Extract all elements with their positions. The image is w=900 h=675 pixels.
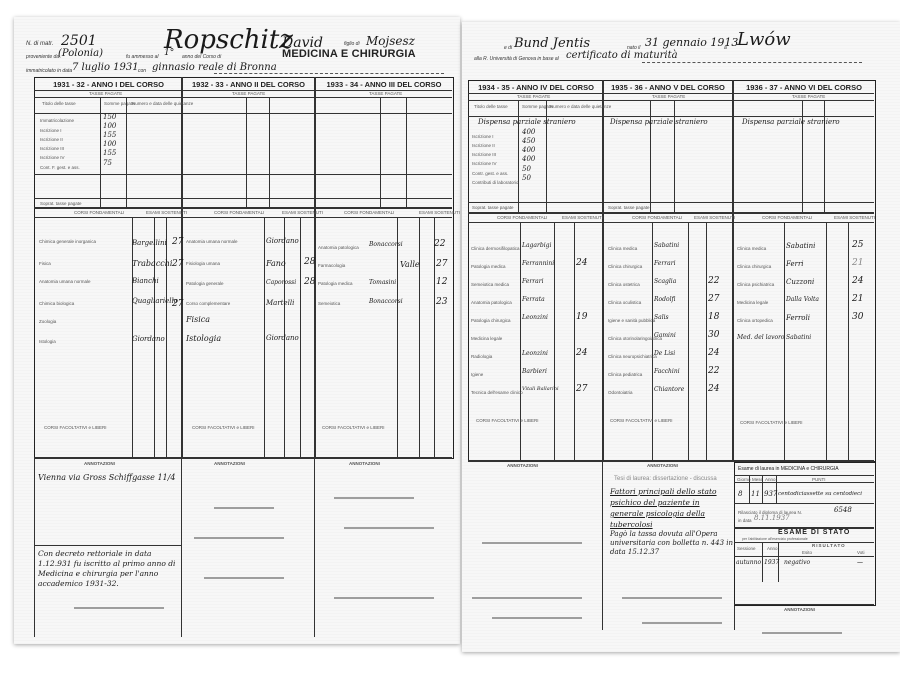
subject-name: Radiologia [471, 354, 492, 359]
subject-name: Semeiotica medica [471, 282, 509, 287]
degree-month: 11 [751, 490, 760, 498]
subject-grade: 24 [576, 258, 587, 268]
subject-professor: Leonzini [522, 314, 548, 321]
subject-name: Anatomia patologica [471, 300, 512, 305]
subject-grade: 27 [708, 294, 719, 304]
fee-row-label: Iscrizione I [472, 134, 494, 139]
subject-professor: Valle [400, 260, 420, 269]
state-col-session: Sessione [737, 546, 756, 551]
fee-row-label: Contr. gest. e ass. [472, 171, 508, 176]
subject-professor: Sabatini [786, 334, 811, 341]
fees-label-1: TASSE PAGATE [89, 91, 122, 96]
subject-professor: Rodolfi [654, 296, 676, 303]
subject-professor: Cuzzoni [786, 278, 814, 286]
year-1-title: 1931 - 32 - ANNO I DEL CORSO [36, 80, 181, 89]
subject-name: Igiene [471, 372, 483, 377]
exams-header: ESAMI SOSTENUTI [146, 210, 187, 215]
fee-row-amount: 400 [522, 146, 535, 154]
subject-professor: Ferrata [522, 296, 545, 303]
student-surname: Ropschitz [164, 25, 293, 55]
subjects-header: CORSI FONDAMENTALI [632, 215, 682, 220]
subject-grade: 23 [436, 297, 447, 307]
subject-name: Clinica chirurgica [737, 264, 771, 269]
subjects-header: CORSI FONDAMENTALI [497, 215, 547, 220]
subject-name: Clinica chirurgica [608, 264, 642, 269]
left-page: N. di matr. 2501 Ropschitz David figlio … [14, 17, 460, 644]
subject-name: Zoologia [39, 319, 56, 324]
total-label: Soprat. tasse pagate [608, 205, 650, 210]
subject-name: Medicina legale [471, 336, 502, 341]
subject-name: Odontoiatria [608, 390, 633, 395]
subject-grade: 12 [436, 277, 447, 287]
subject-professor: Giordano [266, 334, 299, 342]
thesis-note: Tesi di laurea: dissertazione - discussa [614, 476, 717, 482]
fee-row-label: Contributi di laboratorio [472, 180, 519, 185]
annotation-address: Vienna via Gross Schiffgasse 11/4 [38, 473, 178, 483]
degree-year: 937 [764, 490, 777, 498]
provenance-label: proveniente da [26, 54, 59, 60]
subject-grade: 27 [172, 237, 183, 247]
subject-professor: Fano [266, 259, 286, 268]
fee-row-label: Iscrizione III [40, 146, 64, 151]
subject-professor: Barbieri [522, 368, 547, 375]
state-col-year: Anno [767, 546, 778, 551]
state-exam-subtitle: per l'abilitazione all'esercizio profess… [742, 537, 808, 541]
fees-label-5: TASSE PAGATE [652, 94, 685, 99]
subject-name: Med. del lavoro [737, 334, 785, 341]
subject-grade: 24 [852, 276, 863, 286]
state-session: autunno [736, 559, 761, 566]
subject-name: Patologia medica [318, 281, 353, 286]
subject-grade: 24 [708, 384, 719, 394]
fee-row-amount: 400 [522, 128, 535, 136]
year-5-title: 1935 - 36 - ANNO V DEL CORSO [604, 83, 732, 92]
fee-row-label: Iscrizione III [472, 152, 496, 157]
fee-row-label: Iscrizione II [40, 137, 63, 142]
subject-name: Clinica medica [608, 246, 637, 251]
subject-professor: Bargellini [132, 239, 167, 247]
father-name: Mojsesz [366, 34, 415, 48]
subject-professor: Facchini [654, 368, 680, 375]
fee-row-amount: 75 [103, 159, 112, 167]
mother-label: e di [504, 45, 512, 51]
subject-name: Clinica dermosifilopatica [471, 246, 520, 251]
subject-name: Clinica medica [737, 246, 766, 251]
subjects-header: CORSI FONDAMENTALI [344, 210, 394, 215]
subject-professor: Bonaccorsi [369, 298, 403, 305]
subject-name: Clinica neuropsichiatrica [608, 354, 657, 359]
fees-label-2: TASSE PAGATE [232, 91, 265, 96]
state-col-outcome: Esito [802, 550, 812, 555]
subject-grade: 30 [708, 330, 719, 340]
annotations-label: ANNOTAZIONI [349, 461, 380, 466]
birth-place-label: a [724, 45, 727, 51]
annotations-label: ANNOTAZIONI [214, 461, 245, 466]
subject-grade: 25 [852, 240, 863, 250]
fee-row-amount: 450 [522, 137, 535, 145]
subject-professor: Lagarbigi [522, 242, 551, 249]
subject-professor: Ferrari [522, 278, 544, 285]
year-4-title: 1934 - 35 - ANNO IV DEL CORSO [470, 83, 602, 92]
subject-grade: 27 [436, 259, 447, 269]
subject-name: Patologia medica [471, 264, 506, 269]
father-label: figlio di [344, 41, 360, 47]
fee-col-receipt: Numero e data delle quietanze [550, 104, 611, 109]
exams-header: ESAMI SOSTENUTI [419, 210, 460, 215]
matricola-label: N. di matr. [26, 41, 53, 47]
fee-row-label: Iscrizione I [40, 128, 62, 133]
optional-course-label: CORSI FACOLTATIVI e LIBERI [44, 425, 107, 430]
subject-professor: Scaglia [654, 278, 676, 285]
thesis-title: Fattori principali dello stato psichico … [610, 486, 734, 530]
fee-note: Dispensa parziale straniero [478, 118, 576, 126]
subject-professor: Tomasini [369, 279, 396, 286]
subject-professor: Giordano [132, 335, 165, 343]
diploma: ginnasio reale di Bronna [152, 62, 277, 73]
diploma-date: 8.11.1937 [754, 514, 790, 522]
subject-professor: Sabatini [786, 242, 815, 250]
annotation-decree: Con decreto rettoriale in data 1.12.931 … [38, 549, 178, 589]
subject-name: Medicina legale [737, 300, 768, 305]
fees-label-4: TASSE PAGATE [517, 94, 550, 99]
year-3-title: 1933 - 34 - ANNO III DEL CORSO [316, 80, 452, 89]
state-votes: — [857, 559, 863, 566]
subjects-header: CORSI FONDAMENTALI [214, 210, 264, 215]
fee-row-amount: 155 [103, 149, 116, 157]
optional-course-label: CORSI FACOLTATIVI e LIBERI [610, 418, 673, 423]
subject-name: Tecnica dell'esame clinico [471, 390, 523, 395]
subject-name: Clinica psichiatrica [737, 282, 774, 287]
subject-professor: Caporossi [266, 279, 296, 286]
subjects-header: CORSI FONDAMENTALI [74, 210, 124, 215]
subject-grade: 28 [304, 257, 315, 267]
state-exam-title: ESAME DI STATO [778, 529, 850, 536]
subject-name: Semeiotica [318, 301, 340, 306]
year-of-course: 1° [164, 48, 174, 58]
year-6-title: 1936 - 37 - ANNO VI DEL CORSO [734, 83, 874, 92]
fee-row-label: Iscrizione II [472, 143, 495, 148]
fee-note: Dispensa parziale straniero [742, 118, 840, 126]
subject-professor: Vitali Ballarini [522, 386, 559, 392]
annotations-label: ANNOTAZIONI [647, 463, 678, 468]
subject-grade: 30 [852, 312, 863, 322]
course-label: anno del Corso di [182, 54, 221, 60]
fee-col-amount: Somme pagate [522, 104, 553, 109]
fee-row-label: Cont. F. gest. e ass. [40, 165, 80, 170]
subject-name: Igiene e sanità pubblica [608, 318, 655, 323]
fee-row-amount: 150 [103, 113, 116, 121]
subject-name: Chimica biologica [39, 301, 74, 306]
subject-professor: Leonzini [522, 350, 548, 357]
enrolled-label: fu ammesso al [126, 54, 159, 60]
fee-col-receipt: Numero e data delle quietanze [132, 101, 193, 106]
fee-row-label: Iscrizione IV [472, 161, 497, 166]
optional-course-label: CORSI FACOLTATIVI e LIBERI [476, 418, 539, 423]
degree-points: centodiciassette su centodieci [778, 491, 862, 497]
subject-grade: 21 [852, 258, 863, 268]
state-col-votes: Voti [857, 550, 865, 555]
fees-label-6: TASSE PAGATE [792, 94, 825, 99]
subject-grade: 27 [172, 299, 183, 309]
subject-name: Clinica ortopedica [737, 318, 773, 323]
subject-name: Clinica ostetrica [608, 282, 640, 287]
subject-name: Chimica generale inorganica [39, 239, 96, 244]
subject-professor: Giordano [266, 237, 299, 245]
subject-name: Farmacologia [318, 263, 345, 268]
fee-payment-note: Pagò la tassa dovuta all'Opera universit… [610, 530, 734, 557]
subject-professor: Ferrannini [522, 260, 554, 267]
subject-professor: Ferroli [786, 314, 810, 322]
exams-header: ESAMI SOSTENUTI [694, 215, 735, 220]
exams-header: ESAMI SOSTENUTI [834, 215, 875, 220]
fee-row-amount: 50 [522, 165, 531, 173]
degree-day: 8 [738, 490, 742, 498]
fee-col-amount: Somme pagate [104, 101, 135, 106]
subject-professor: Gamini [654, 332, 676, 339]
state-outcome: negativo [784, 559, 810, 566]
annotations-label: ANNOTAZIONI [84, 461, 115, 466]
subject-name: Istologia [186, 334, 221, 343]
subject-name: Patologia generale [186, 281, 224, 286]
subject-name: Anatomia patologica [318, 245, 359, 250]
annotations-label: ANNOTAZIONI [507, 463, 538, 468]
subject-grade: 22 [708, 276, 719, 286]
subject-grade: 28 [304, 277, 315, 287]
state-col-result: RISULTATO [812, 543, 846, 548]
subject-grade: 22 [708, 366, 719, 376]
annotations-bottom-label: ANNOTAZIONI [784, 607, 815, 612]
fee-col-title: Titolo delle tasse [474, 104, 508, 109]
subject-name: Fisica [39, 261, 51, 266]
subject-professor: Ferri [786, 260, 804, 268]
total-label: Soprat. tasse pagate [472, 205, 514, 210]
subject-grade: 18 [708, 312, 719, 322]
subject-name: Fisica [186, 315, 210, 324]
birth-place: Lwów [737, 29, 791, 50]
admission-document: certificato di maturità [566, 50, 678, 61]
subject-professor: Trabacchi [132, 259, 173, 268]
subject-grade: 27 [172, 259, 183, 269]
fee-row-amount: 50 [522, 174, 531, 182]
subjects-header: CORSI FONDAMENTALI [762, 215, 812, 220]
fee-col-title: Titolo delle tasse [42, 101, 76, 106]
fee-row-amount: 100 [103, 140, 116, 148]
fee-row-amount: 400 [522, 155, 535, 163]
fees-label-3: TASSE PAGATE [369, 91, 402, 96]
optional-course-label: CORSI FACOLTATIVI e LIBERI [322, 425, 385, 430]
fee-row-amount: 155 [103, 131, 116, 139]
degree-exam-title: Esame di laurea in MEDICINA e CHIRURGIA [738, 466, 839, 472]
subject-grade: 21 [852, 294, 863, 304]
total-label: Soprat. tasse pagate [40, 201, 82, 206]
subject-name: Anatomia umana normale [39, 279, 91, 284]
subject-grade: 27 [576, 384, 587, 394]
subject-professor: De Lisi [654, 350, 675, 357]
subject-name: Corso complementare [186, 301, 230, 306]
subject-name: Anatomia umana normale [186, 239, 238, 244]
subject-grade: 22 [434, 239, 445, 249]
immatriculation-date: 7 luglio 1931 [72, 62, 139, 73]
provenance: (Polonia) [58, 48, 103, 59]
diploma-label: con [138, 68, 146, 74]
mother-name: Bund Jentis [514, 36, 590, 51]
subject-name: Clinica pediatrica [608, 372, 642, 377]
state-year: 1937 [764, 559, 779, 566]
career-table-left [34, 77, 454, 459]
right-page: e di Bund Jentis nato il 31 gennaio 1913… [462, 22, 900, 652]
year-2-title: 1932 - 33 - ANNO II DEL CORSO [183, 80, 314, 89]
admission-label: alla R. Università di Genova in base al [474, 56, 559, 62]
subject-professor: Ferrari [654, 260, 676, 267]
subject-professor: Chiantore [654, 386, 684, 393]
fee-note: Dispensa parziale straniero [610, 118, 708, 126]
subject-professor: Sabatini [654, 242, 679, 249]
faculty-name: MEDICINA E CHIRURGIA [282, 48, 416, 60]
subject-name: Istologia [39, 339, 56, 344]
subject-professor: Bianchi [132, 277, 159, 285]
fee-row-label: Immatricolazione [40, 118, 74, 123]
optional-course-label: CORSI FACOLTATIVI e LIBERI [192, 425, 255, 430]
subject-professor: Bonaccorsi [369, 241, 403, 248]
subject-grade: 24 [708, 348, 719, 358]
exams-header: ESAMI SOSTENUTI [282, 210, 323, 215]
exams-header: ESAMI SOSTENUTI [562, 215, 603, 220]
matricola-number: 2501 [61, 33, 97, 49]
subject-name: Fisiologia umana [186, 261, 220, 266]
subject-name: Clinica oculistica [608, 300, 641, 305]
subject-professor: Martelli [266, 299, 294, 307]
subject-professor: Salis [654, 314, 669, 321]
date-label: immatricolato in data [26, 68, 72, 74]
fee-row-label: Iscrizione IV [40, 155, 65, 160]
fee-row-amount: 100 [103, 122, 116, 130]
diploma-date-label: in data [738, 518, 752, 523]
optional-course-label: CORSI FACOLTATIVI e LIBERI [740, 420, 803, 425]
subject-grade: 24 [576, 348, 587, 358]
subject-grade: 19 [576, 312, 587, 322]
subject-name: Patologia chirurgica [471, 318, 511, 323]
subject-professor: Dalla Volta [786, 296, 819, 303]
diploma-number: 6548 [834, 506, 852, 514]
